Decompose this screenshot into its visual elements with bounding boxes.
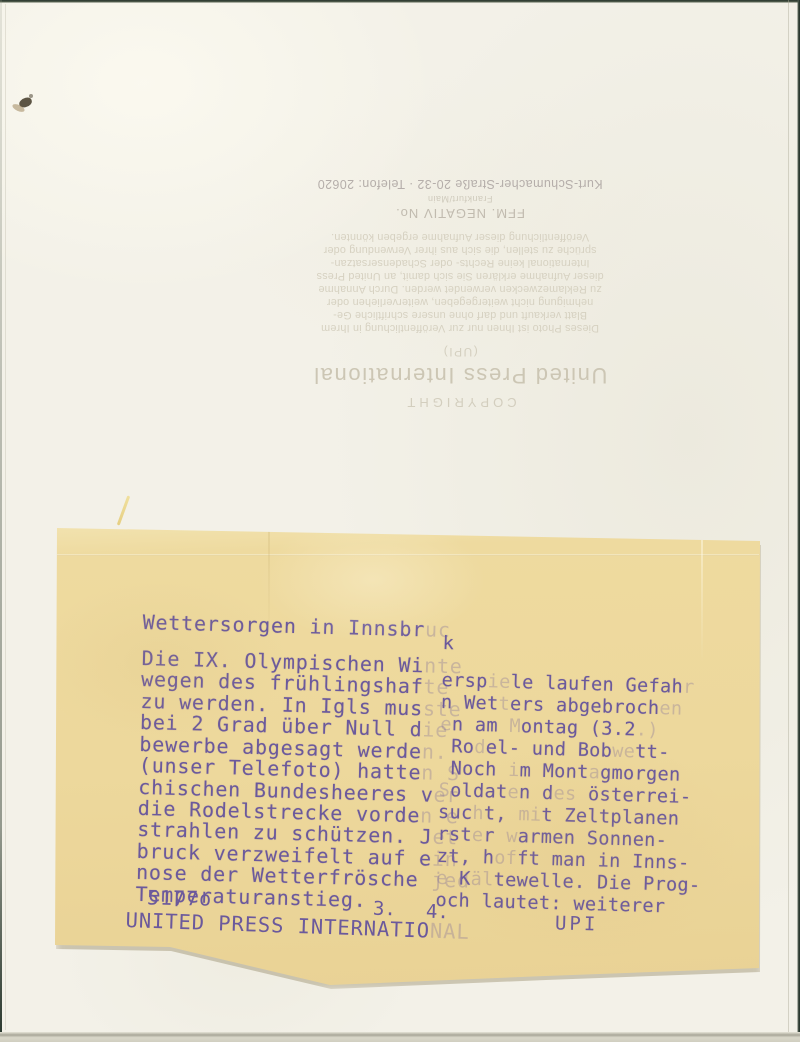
stamp-terms-line: zu Reklamezwecken verwendet werden. Durc… (288, 282, 633, 295)
upi-copyright-stamp: COPYRIGHT United Press International (UP… (240, 146, 680, 410)
photo-number: 5177o (147, 885, 213, 910)
photo-edge-bottom (0, 1032, 800, 1042)
stamp-terms-line: nehmigung nicht weitergegeben, weiterver… (288, 295, 633, 308)
upi-abbreviation: UPI (555, 912, 599, 935)
photo-verso: COPYRIGHT United Press International (UP… (0, 0, 800, 1042)
edition-number-1: 3. (373, 898, 397, 921)
photo-edge-left-line (5, 4, 6, 1030)
edition-number-2: 4. (426, 901, 450, 924)
stamp-agency-name: United Press International (240, 362, 680, 388)
caption-left-column: Wettersorgen in InnsbrucDie IX. Olympisc… (135, 610, 476, 912)
stamp-agency-abbr: (UPI) (240, 345, 680, 359)
stamp-city: Frankfurt/Main (240, 194, 680, 204)
stamp-terms-line: International keine Rechts- oder Schaden… (288, 256, 633, 269)
smudge-dot (29, 94, 33, 98)
scratch-mark (117, 495, 130, 525)
stamp-terms-line: sprüche zu stellen, die sich aus ihrer V… (288, 243, 633, 256)
photo-edge-top (0, 0, 800, 3)
photo-edge-right-line (788, 0, 789, 1032)
caption-right-column: kerspiele laufen Gefahrn Wetters abgebro… (435, 633, 707, 919)
smudge-mark (12, 90, 40, 118)
caption-line: k (442, 633, 707, 662)
credit-line: UNITED PRESS INTERNATIONAL (125, 908, 470, 944)
stamp-address-line: Kurt-Schumacher-Straße 20-32 · Telefon: … (240, 177, 680, 191)
stamp-terms-line: dieser Aufnahme erklären Sie sich damit,… (288, 269, 633, 282)
stamp-terms-line: Dieses Photo ist Ihnen nur zur Veröffent… (288, 321, 633, 334)
stamp-terms-line: Blatt verkauft und darf ohne unsere schr… (288, 308, 633, 321)
stamp-negative-label: FFM. NEGATIV No. (240, 206, 680, 221)
photo-edge-left (0, 0, 2, 1033)
stamp-terms-line: Veröffentlichung dieser Aufnahme ergeben… (288, 230, 633, 243)
caption-line: Wettersorgen in Innsbruc (142, 610, 476, 640)
caption-slip: Wettersorgen in InnsbrucDie IX. Olympisc… (55, 524, 761, 986)
stamp-copyright-label: COPYRIGHT (240, 395, 680, 410)
crease-line-horizontal (57, 554, 759, 556)
stamp-terms-paragraph: Dieses Photo ist Ihnen nur zur Veröffent… (288, 230, 633, 334)
